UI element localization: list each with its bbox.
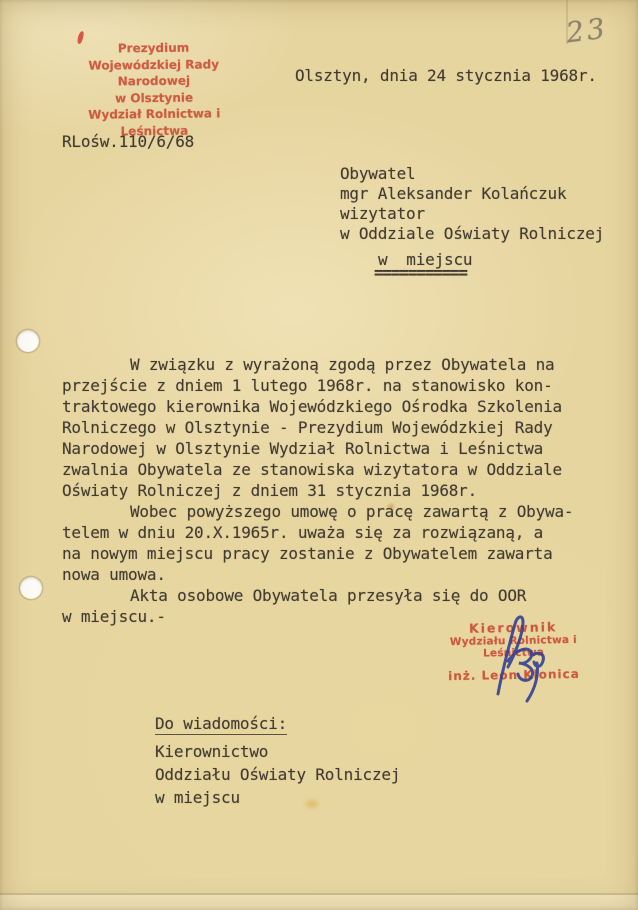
handwritten-page-number: 23	[564, 12, 609, 50]
addressee-block: Obywatel mgr Aleksander Kolańczuk wizyta…	[340, 164, 604, 244]
date-line: Olsztyn, dnia 24 stycznia 1968r.	[295, 66, 597, 85]
body-paragraph: W związku z wyrażoną zgodą przez Obywate…	[62, 354, 602, 501]
paper-bottom-edge	[0, 893, 638, 910]
addressee-location-underline: ===========	[374, 263, 467, 282]
body-paragraph: Wobec powyższego umowę o pracę zawartą z…	[62, 501, 602, 585]
stamp-line: Wojewódzkiej Rady Narodowej	[56, 55, 252, 90]
reference-number: RLośw.110/6/68	[62, 132, 194, 151]
stamp-line: Prezydium	[55, 39, 251, 58]
letter-body: W związku z wyrażoną zgodą przez Obywate…	[62, 354, 602, 627]
punch-hole-bottom	[20, 577, 42, 599]
punch-hole-top	[17, 330, 39, 352]
document-page: 23 Prezydium Wojewódzkiej Rady Narodowej…	[0, 0, 638, 910]
sender-office-stamp: Prezydium Wojewódzkiej Rady Narodowej w …	[55, 39, 252, 140]
handwritten-signature	[474, 610, 566, 708]
distribution-block: Do wiadomości: Kierownictwo Oddziału Ośw…	[155, 714, 400, 809]
stamp-line: w Olsztynie	[56, 88, 252, 107]
distribution-recipients: Kierownictwo Oddziału Oświaty Rolniczej …	[155, 740, 400, 809]
distribution-heading: Do wiadomości:	[155, 714, 287, 735]
